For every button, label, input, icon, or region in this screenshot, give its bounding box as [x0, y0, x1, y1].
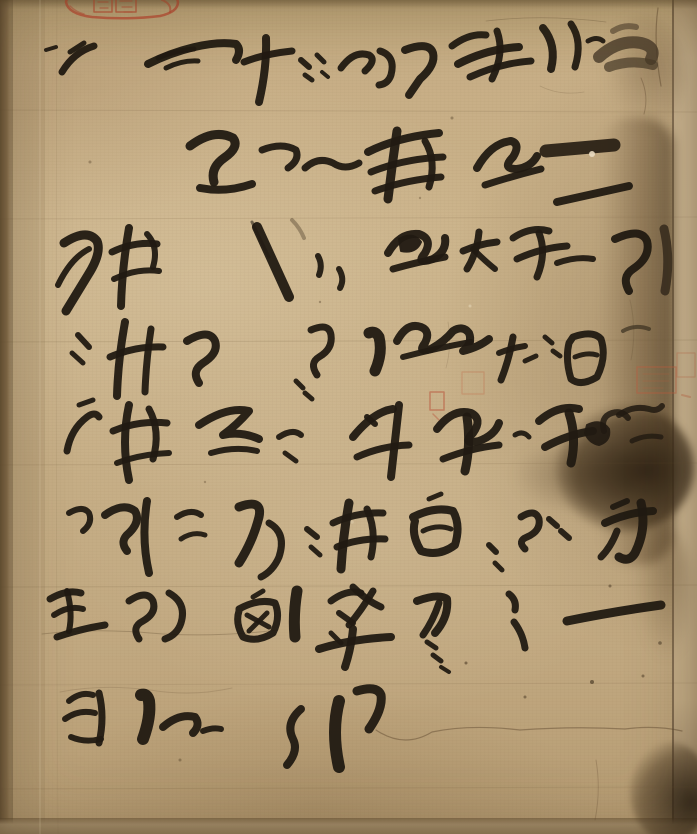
- paper-speck: [419, 197, 421, 199]
- ink-stroke: [549, 519, 557, 526]
- ink-stroke: [509, 594, 515, 610]
- paper-speck: [469, 305, 472, 308]
- paper-speck: [89, 161, 92, 164]
- ink-stroke: [391, 405, 399, 477]
- ink-stroke: [311, 327, 331, 375]
- paper-speck: [642, 675, 645, 678]
- ink-stroke: [601, 531, 617, 557]
- ink-stroke: [571, 24, 578, 67]
- ink-stroke: [158, 49, 194, 58]
- paper-seam-line: [0, 340, 697, 342]
- ink-stroke: [257, 227, 289, 297]
- paper-seam-line: [0, 585, 697, 587]
- paper-speck: [451, 117, 454, 120]
- ink-stroke: [69, 509, 90, 531]
- paper-speck: [465, 662, 468, 665]
- ink-stroke: [65, 712, 95, 719]
- ink-stroke: [279, 432, 301, 437]
- ink-stroke: [165, 593, 183, 639]
- ink-stroke: [46, 47, 56, 50]
- paper-crack: [641, 78, 646, 114]
- ink-stroke: [341, 54, 372, 71]
- ink-stroke: [433, 655, 441, 661]
- ink-stroke: [619, 406, 662, 415]
- paper-speck: [179, 759, 182, 762]
- ink-stroke: [262, 146, 297, 168]
- seal-mark: [682, 395, 690, 397]
- paper-speck: [589, 151, 595, 157]
- ink-stroke: [514, 622, 525, 648]
- ink-stroke: [379, 51, 392, 85]
- ink-stroke: [69, 694, 93, 701]
- ink-stroke: [67, 414, 99, 451]
- ink-stroke: [501, 337, 513, 380]
- ink-stroke: [623, 327, 649, 331]
- ink-stroke: [305, 160, 359, 168]
- ink-stroke: [495, 563, 502, 570]
- ink-stroke: [553, 351, 560, 356]
- seal-mark: [66, 0, 178, 18]
- ink-stroke: [341, 503, 349, 569]
- ink-stroke: [537, 233, 543, 277]
- seal-mark: [677, 353, 695, 377]
- ink-stroke: [307, 529, 317, 537]
- ink-stroke: [318, 256, 321, 275]
- ink-stroke: [71, 737, 101, 741]
- ink-stroke: [62, 46, 94, 72]
- paper-speck: [658, 641, 662, 645]
- ink-stroke: [200, 184, 252, 190]
- paper-speck: [350, 520, 354, 524]
- ink-stroke: [557, 258, 593, 263]
- ink-stroke: [543, 28, 553, 69]
- seal-mark: [430, 392, 444, 410]
- calligraphy-scroll-photo: [0, 0, 697, 834]
- ink-stroke: [357, 445, 409, 457]
- ink-stroke: [147, 234, 155, 267]
- ink-stroke: [525, 356, 536, 361]
- ink-stroke: [473, 249, 495, 269]
- ink-stroke: [615, 233, 648, 291]
- paper-crack: [540, 86, 584, 93]
- ink-stroke: [78, 335, 89, 347]
- ink-stroke: [261, 523, 281, 577]
- ink-strokes: [46, 24, 668, 767]
- seal-mark: [433, 414, 439, 420]
- ink-stroke: [335, 701, 339, 767]
- ink-stroke: [546, 145, 614, 151]
- ink-stroke: [144, 501, 149, 573]
- ink-stroke: [141, 695, 149, 739]
- paper-speck: [590, 680, 594, 684]
- paper-speck: [524, 696, 527, 699]
- ink-stroke: [588, 39, 603, 42]
- ink-stroke: [145, 329, 151, 392]
- ink-stroke: [317, 55, 324, 62]
- ink-stroke: [489, 545, 496, 552]
- ink-stroke: [99, 693, 102, 743]
- ink-stroke: [305, 393, 312, 399]
- ink-stroke: [105, 507, 137, 551]
- ink-stroke: [599, 42, 653, 59]
- paper-speck: [609, 585, 612, 588]
- ink-stroke: [427, 642, 436, 648]
- ink-stroke: [294, 591, 297, 637]
- ink-stroke: [259, 38, 266, 102]
- ink-stroke: [569, 413, 574, 463]
- ink-stroke: [492, 31, 500, 79]
- ink-stroke: [452, 35, 486, 46]
- ink-stroke: [567, 334, 603, 383]
- ink-stroke: [345, 629, 353, 667]
- ink-stroke: [239, 504, 260, 563]
- ink-stroke: [72, 353, 83, 363]
- ink-stroke: [429, 494, 441, 499]
- ink-stroke: [357, 689, 381, 729]
- ink-stroke: [613, 501, 627, 507]
- ink-stroke: [664, 229, 668, 291]
- ink-stroke: [545, 337, 552, 343]
- paper-seam-line: [0, 217, 697, 219]
- seal-mark: [116, 0, 136, 12]
- ink-stroke: [305, 75, 312, 80]
- ink-stroke: [177, 512, 201, 517]
- ink-stroke: [64, 235, 98, 311]
- ink-stroke: [301, 60, 309, 67]
- ink-stroke: [613, 26, 636, 31]
- ink-stroke: [311, 547, 320, 555]
- ink-stroke: [369, 332, 380, 371]
- ink-stroke: [367, 509, 373, 557]
- ink-stroke: [79, 400, 93, 405]
- paper-crack: [630, 300, 634, 360]
- calligraphy-svg: [0, 0, 697, 834]
- ink-stroke: [181, 534, 205, 539]
- ink-stroke: [557, 186, 629, 202]
- paper-speck: [204, 481, 206, 483]
- ink-stroke: [190, 134, 235, 182]
- ink-stroke: [423, 527, 451, 531]
- ink-stroke: [339, 269, 342, 288]
- ink-stroke: [199, 410, 259, 439]
- paper-crack: [595, 760, 598, 820]
- ink-stroke: [399, 236, 421, 252]
- paper-seam-line: [0, 110, 697, 112]
- ink-stroke: [285, 453, 296, 461]
- seal-mark: [637, 367, 676, 393]
- ink-stroke: [67, 591, 71, 631]
- ink-stroke: [211, 449, 257, 453]
- ink-stroke: [575, 354, 597, 357]
- ink-stroke: [287, 709, 301, 765]
- ink-stroke: [465, 417, 469, 471]
- ink-stroke: [393, 257, 445, 269]
- ink-stroke: [521, 513, 539, 549]
- ink-stroke: [405, 46, 433, 95]
- ink-stroke: [561, 531, 569, 538]
- ink-stroke: [166, 61, 198, 68]
- ink-stroke: [163, 716, 198, 733]
- ink-stroke: [609, 62, 653, 67]
- seal-mark: [162, 0, 170, 12]
- paper-crack: [376, 727, 682, 740]
- paper-crack: [486, 18, 606, 22]
- seal-mark: [462, 372, 484, 394]
- ink-stroke: [117, 322, 125, 396]
- paper-seam-line: [0, 463, 697, 465]
- paper-seam-line: [0, 787, 697, 789]
- ink-stroke: [296, 381, 303, 388]
- ink-stroke: [203, 728, 221, 731]
- ink-stroke: [322, 72, 328, 77]
- ink-stroke: [632, 436, 661, 441]
- ink-stroke: [515, 433, 529, 437]
- ink-stroke: [441, 667, 449, 672]
- paper-seam-line: [56, 0, 58, 834]
- ink-stroke: [333, 513, 383, 523]
- ink-stroke: [253, 591, 263, 597]
- paper-speck: [319, 301, 321, 303]
- ink-stroke: [477, 141, 537, 169]
- ink-stroke: [121, 228, 129, 306]
- ink-stroke: [567, 605, 661, 621]
- ink-stroke: [125, 405, 129, 480]
- ink-stroke: [292, 220, 304, 238]
